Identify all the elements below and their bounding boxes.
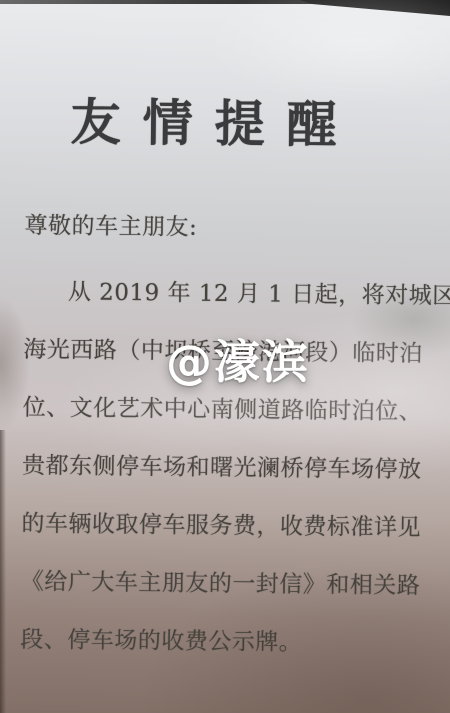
notice-title: 友情提醒 [0, 82, 445, 159]
body-line: 段、停车场的收费公示牌。 [20, 611, 433, 673]
notice-body: 尊敬的车主朋友: 从 2019 年 12 月 1 日起，将对城区 海光西路（中坝… [20, 197, 437, 673]
body-line: 贵都东侧停车场和曙光澜桥停车场停放 [22, 437, 435, 499]
salutation-line: 尊敬的车主朋友: [24, 197, 437, 259]
body-line: 从 2019 年 12 月 1 日起，将对城区 [24, 263, 437, 325]
body-line: 的车辆收取停车服务费，收费标准详见 [21, 495, 434, 557]
body-line: 《给广大车主朋友的一封信》和相关路 [21, 553, 434, 615]
notice-photo: 友情提醒 尊敬的车主朋友: 从 2019 年 12 月 1 日起，将对城区 海光… [0, 0, 450, 713]
forum-watermark: @濠滨 [166, 326, 310, 392]
